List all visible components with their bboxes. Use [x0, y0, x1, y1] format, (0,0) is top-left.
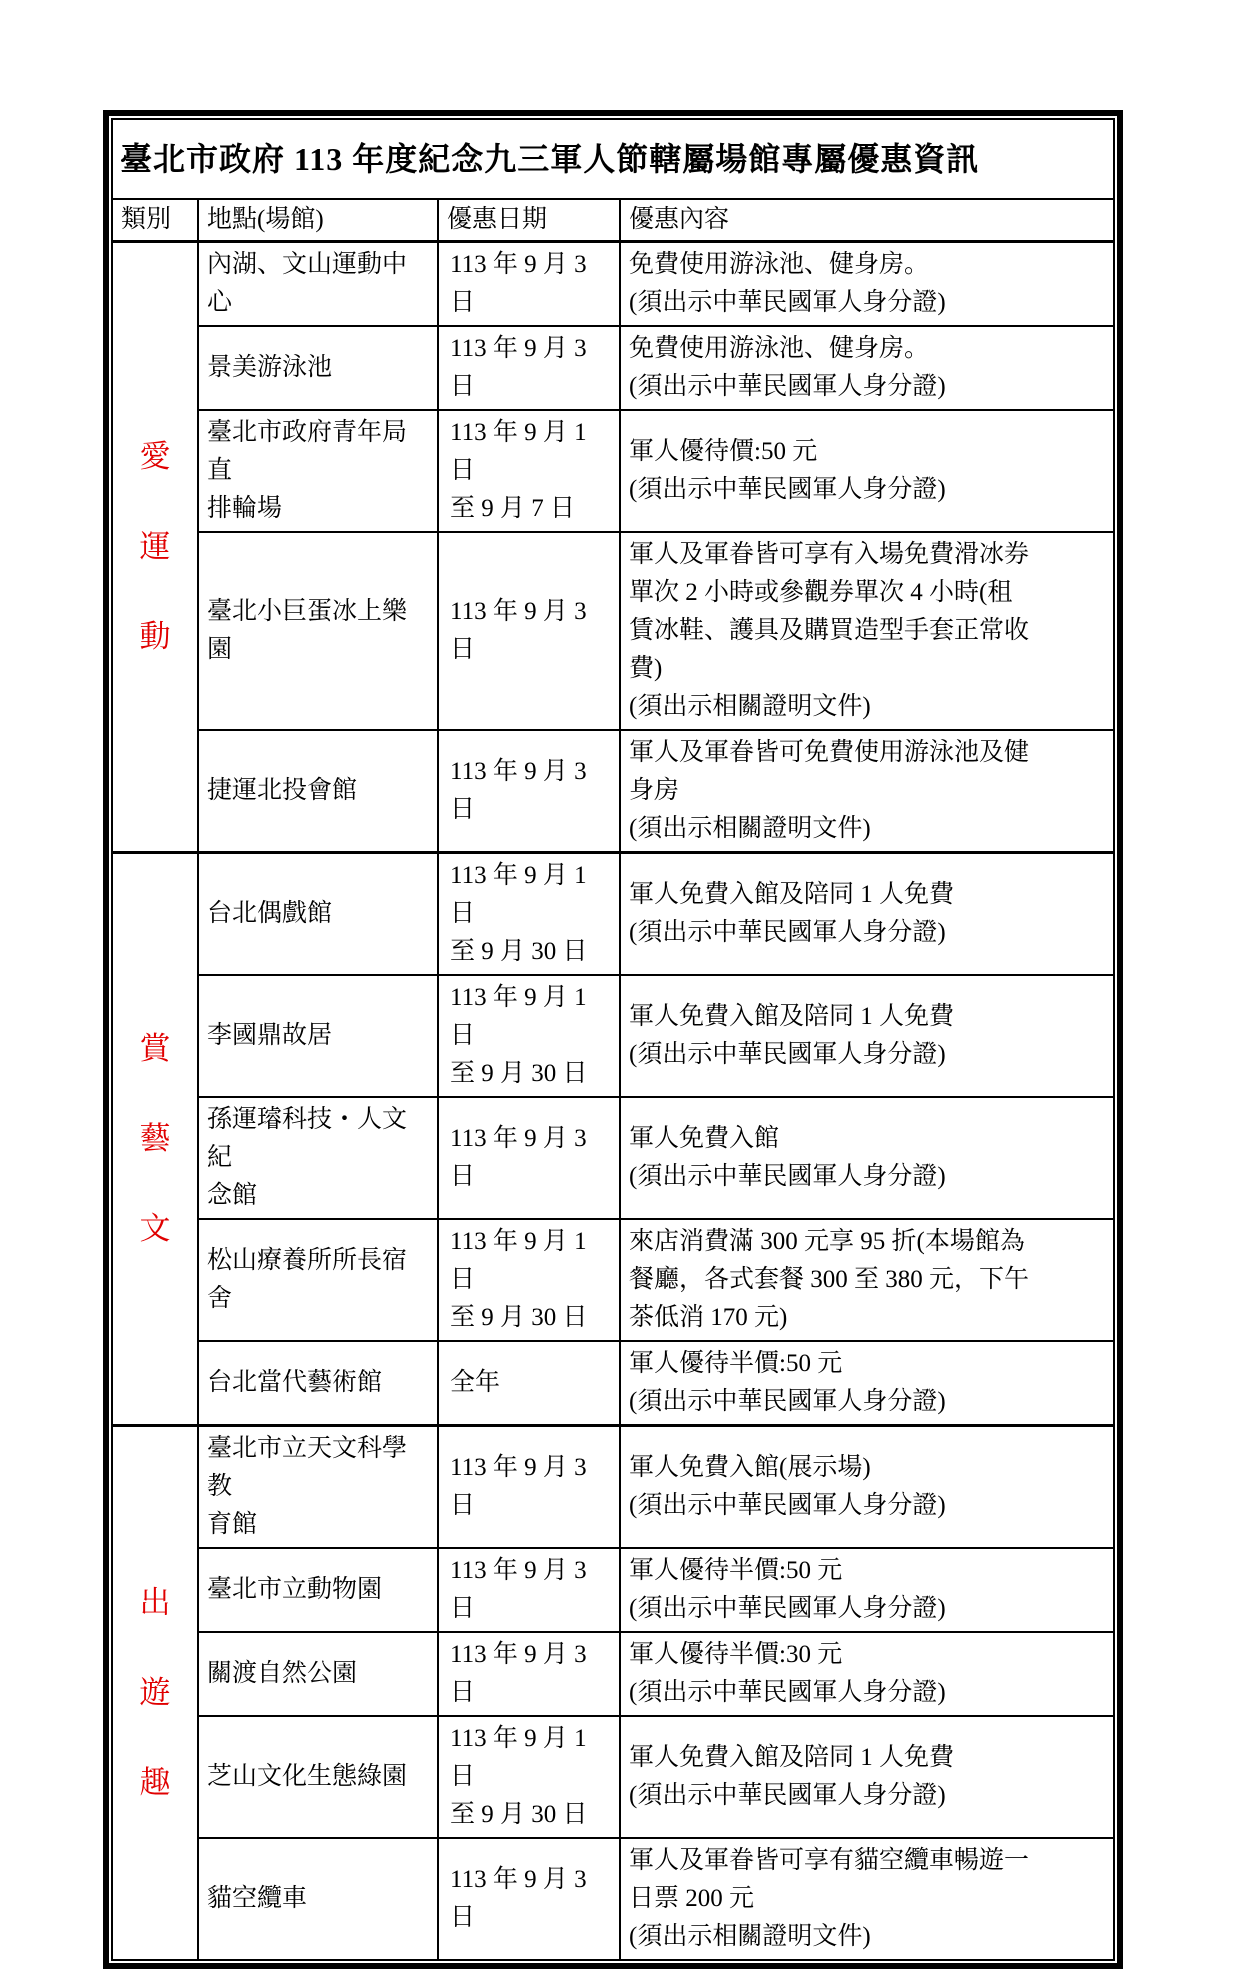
category-char: 出 [140, 1584, 171, 1622]
table-row: 貓空纜車 113 年 9 月 3 日 軍人及軍眷皆可享有貓空纜車暢遊一 日票 2… [112, 1838, 1114, 1960]
date-cell: 113 年 9 月 3 日 [438, 1838, 620, 1960]
venue-cell: 台北當代藝術館 [198, 1341, 438, 1426]
venue-cell: 關渡自然公園 [198, 1632, 438, 1716]
table-row: 景美游泳池 113 年 9 月 3 日 免費使用游泳池、健身房。 (須出示中華民… [112, 326, 1114, 410]
date-cell: 113 年 9 月 1 日 至 9 月 30 日 [438, 1219, 620, 1341]
date-cell: 113 年 9 月 3 日 [438, 730, 620, 853]
offer-cell: 軍人免費入館及陪同 1 人免費 (須出示中華民國軍人身分證) [620, 975, 1114, 1097]
offer-cell: 軍人及軍眷皆可免費使用游泳池及健 身房 (須出示相關證明文件) [620, 730, 1114, 853]
page-title: 臺北市政府 113 年度紀念九三軍人節轄屬場館專屬優惠資訊 [112, 119, 1114, 199]
table-row: 臺北小巨蛋冰上樂園 113 年 9 月 3 日 軍人及軍眷皆可享有入場免費滑冰券… [112, 532, 1114, 730]
table-row: 出 遊 趣 臺北市立天文科學教 育館 113 年 9 月 3 日 軍人免費入館(… [112, 1425, 1114, 1548]
offer-cell: 軍人免費入館及陪同 1 人免費 (須出示中華民國軍人身分證) [620, 852, 1114, 975]
table-row: 捷運北投會館 113 年 9 月 3 日 軍人及軍眷皆可免費使用游泳池及健 身房… [112, 730, 1114, 853]
column-header-date: 優惠日期 [438, 199, 620, 241]
venue-cell: 李國鼎故居 [198, 975, 438, 1097]
offer-cell: 軍人及軍眷皆可享有貓空纜車暢遊一 日票 200 元 (須出示相關證明文件) [620, 1838, 1114, 1960]
venue-cell: 臺北市立動物園 [198, 1548, 438, 1632]
table-row: 芝山文化生態綠園 113 年 9 月 1 日 至 9 月 30 日 軍人免費入館… [112, 1716, 1114, 1838]
category-char: 動 [140, 618, 171, 656]
category-char: 愛 [140, 438, 171, 476]
table-row: 李國鼎故居 113 年 9 月 1 日 至 9 月 30 日 軍人免費入館及陪同… [112, 975, 1114, 1097]
category-char: 運 [140, 528, 171, 566]
venue-cell: 松山療養所所長宿舍 [198, 1219, 438, 1341]
date-cell: 113 年 9 月 1 日 至 9 月 7 日 [438, 410, 620, 532]
table-header-row: 類別 地點(場館) 優惠日期 優惠內容 [112, 199, 1114, 241]
offer-cell: 軍人免費入館及陪同 1 人免費 (須出示中華民國軍人身分證) [620, 1716, 1114, 1838]
date-cell: 113 年 9 月 3 日 [438, 1425, 620, 1548]
table-row: 關渡自然公園 113 年 9 月 3 日 軍人優待半價:30 元 (須出示中華民… [112, 1632, 1114, 1716]
venue-cell: 臺北小巨蛋冰上樂園 [198, 532, 438, 730]
offer-cell: 免費使用游泳池、健身房。 (須出示中華民國軍人身分證) [620, 326, 1114, 410]
category-vertical-label: 賞 藝 文 [113, 1030, 197, 1248]
venue-cell: 捷運北投會館 [198, 730, 438, 853]
offer-cell: 軍人及軍眷皆可享有入場免費滑冰券 單次 2 小時或參觀券單次 4 小時(租 賃冰… [620, 532, 1114, 730]
category-vertical-label: 愛 運 動 [113, 438, 197, 656]
date-cell: 113 年 9 月 1 日 至 9 月 30 日 [438, 975, 620, 1097]
offer-cell: 軍人免費入館(展示場) (須出示中華民國軍人身分證) [620, 1425, 1114, 1548]
venue-cell: 臺北市立天文科學教 育館 [198, 1425, 438, 1548]
date-cell: 113 年 9 月 1 日 至 9 月 30 日 [438, 852, 620, 975]
category-vertical-label: 出 遊 趣 [113, 1584, 197, 1802]
table-row: 臺北市立動物園 113 年 9 月 3 日 軍人優待半價:50 元 (須出示中華… [112, 1548, 1114, 1632]
offer-cell: 來店消費滿 300 元享 95 折(本場館為 餐廳，各式套餐 300 至 380… [620, 1219, 1114, 1341]
date-cell: 113 年 9 月 3 日 [438, 532, 620, 730]
date-cell: 113 年 9 月 1 日 至 9 月 30 日 [438, 1716, 620, 1838]
table-row: 賞 藝 文 台北偶戲館 113 年 9 月 1 日 至 9 月 30 日 軍人免… [112, 852, 1114, 975]
discount-table: 臺北市政府 113 年度紀念九三軍人節轄屬場館專屬優惠資訊 類別 地點(場館) … [111, 118, 1115, 1961]
offer-cell: 軍人優待半價:50 元 (須出示中華民國軍人身分證) [620, 1341, 1114, 1426]
discount-table-frame: 臺北市政府 113 年度紀念九三軍人節轄屬場館專屬優惠資訊 類別 地點(場館) … [103, 110, 1123, 1969]
venue-cell: 景美游泳池 [198, 326, 438, 410]
venue-cell: 貓空纜車 [198, 1838, 438, 1960]
column-header-category: 類別 [112, 199, 198, 241]
table-row: 松山療養所所長宿舍 113 年 9 月 1 日 至 9 月 30 日 來店消費滿… [112, 1219, 1114, 1341]
column-header-location: 地點(場館) [198, 199, 438, 241]
date-cell: 113 年 9 月 3 日 [438, 241, 620, 326]
date-cell: 113 年 9 月 3 日 [438, 1632, 620, 1716]
venue-cell: 內湖、文山運動中心 [198, 241, 438, 326]
category-char: 賞 [140, 1030, 171, 1068]
date-cell: 113 年 9 月 3 日 [438, 326, 620, 410]
date-cell: 全年 [438, 1341, 620, 1426]
table-title-row: 臺北市政府 113 年度紀念九三軍人節轄屬場館專屬優惠資訊 [112, 119, 1114, 199]
offer-cell: 軍人優待半價:30 元 (須出示中華民國軍人身分證) [620, 1632, 1114, 1716]
category-char: 遊 [140, 1674, 171, 1712]
table-row: 臺北市政府青年局直 排輪場 113 年 9 月 1 日 至 9 月 7 日 軍人… [112, 410, 1114, 532]
category-char: 趣 [140, 1764, 171, 1802]
table-row: 愛 運 動 內湖、文山運動中心 113 年 9 月 3 日 免費使用游泳池、健身… [112, 241, 1114, 326]
venue-cell: 孫運璿科技・人文紀 念館 [198, 1097, 438, 1219]
category-cell-outing: 出 遊 趣 [112, 1425, 198, 1960]
venue-cell: 芝山文化生態綠園 [198, 1716, 438, 1838]
venue-cell: 臺北市政府青年局直 排輪場 [198, 410, 438, 532]
column-header-content: 優惠內容 [620, 199, 1114, 241]
date-cell: 113 年 9 月 3 日 [438, 1548, 620, 1632]
category-char: 文 [140, 1210, 171, 1248]
date-cell: 113 年 9 月 3 日 [438, 1097, 620, 1219]
category-cell-arts: 賞 藝 文 [112, 852, 198, 1425]
category-cell-sports: 愛 運 動 [112, 241, 198, 852]
table-row: 台北當代藝術館 全年 軍人優待半價:50 元 (須出示中華民國軍人身分證) [112, 1341, 1114, 1426]
offer-cell: 軍人免費入館 (須出示中華民國軍人身分證) [620, 1097, 1114, 1219]
venue-cell: 台北偶戲館 [198, 852, 438, 975]
offer-cell: 免費使用游泳池、健身房。 (須出示中華民國軍人身分證) [620, 241, 1114, 326]
table-row: 孫運璿科技・人文紀 念館 113 年 9 月 3 日 軍人免費入館 (須出示中華… [112, 1097, 1114, 1219]
offer-cell: 軍人優待半價:50 元 (須出示中華民國軍人身分證) [620, 1548, 1114, 1632]
category-char: 藝 [140, 1120, 171, 1158]
offer-cell: 軍人優待價:50 元 (須出示中華民國軍人身分證) [620, 410, 1114, 532]
